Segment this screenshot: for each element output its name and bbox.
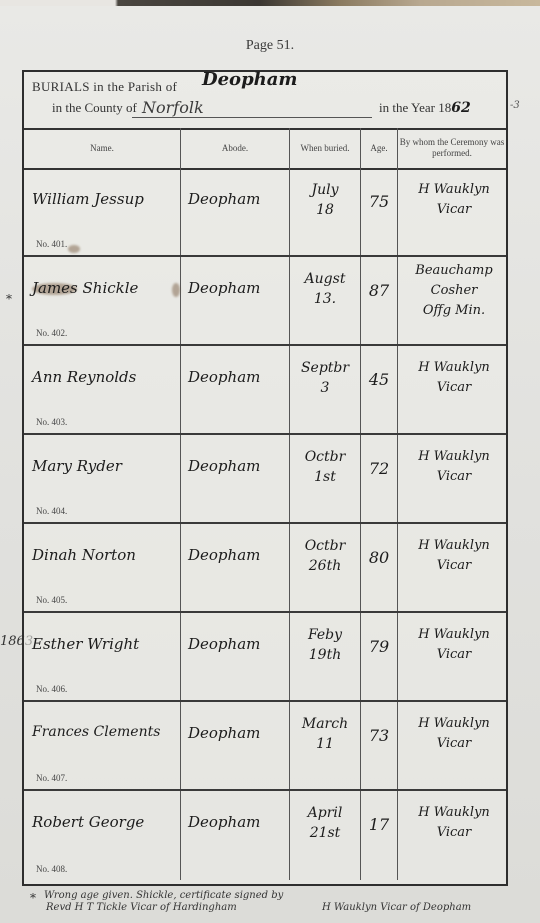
year-value: 62 xyxy=(451,100,470,116)
when-day: 19th xyxy=(290,645,360,665)
header-age: Age. xyxy=(360,128,397,168)
when-month: July xyxy=(290,180,360,200)
entry-name: Frances Clements xyxy=(32,724,160,740)
officiant-name: H Wauklyn xyxy=(400,447,508,467)
entry-officiant: H WauklynVicar xyxy=(400,714,508,754)
entry-age: 72 xyxy=(361,459,397,478)
entry-when-buried: Augst13. xyxy=(290,269,360,309)
entry-name: Mary Ryder xyxy=(32,457,122,475)
officiant-title: Vicar xyxy=(400,467,508,487)
table-row: Frances Clements Deopham March11 73 H Wa… xyxy=(24,702,506,791)
register-page: Page 51. * 1863 BURIALS in the Parish of… xyxy=(0,6,540,923)
column-headers: Name. Abode. When buried. Age. By whom t… xyxy=(24,128,506,170)
entry-age: 75 xyxy=(361,192,397,211)
when-day: 11 xyxy=(290,734,360,754)
entry-abode: Deopham xyxy=(188,724,260,742)
when-month: March xyxy=(290,714,360,734)
header-by-whom: By whom the Ceremony was performed. xyxy=(397,128,506,168)
entry-abode: Deopham xyxy=(188,457,260,475)
entry-when-buried: Septbr3 xyxy=(290,358,360,398)
officiant-name: H Wauklyn xyxy=(400,803,508,823)
ink-stain xyxy=(68,245,80,253)
year-label: in the Year 18 xyxy=(379,100,451,115)
entry-officiant: H WauklynVicar xyxy=(400,536,508,576)
entry-name: Robert George xyxy=(32,813,144,831)
officiant-name: H Wauklyn xyxy=(400,625,508,645)
officiant-name: H Wauklyn xyxy=(400,180,508,200)
officiant-title: Vicar xyxy=(400,556,508,576)
officiant-title: Vicar xyxy=(400,378,508,398)
officiant-title: Vicar xyxy=(400,734,508,754)
page-number: Page 51. xyxy=(0,38,540,54)
table-row: Dinah Norton Deopham Octbr26th 80 H Wauk… xyxy=(24,524,506,613)
officiant-title: Vicar xyxy=(400,823,508,843)
title-county-label: in the County of xyxy=(52,100,137,116)
entry-number: No. 406. xyxy=(36,684,67,694)
entry-age: 45 xyxy=(361,370,397,389)
officiant-name: H Wauklyn xyxy=(400,358,508,378)
entry-abode: Deopham xyxy=(188,546,260,564)
entry-abode: Deopham xyxy=(188,368,260,386)
entry-age: 87 xyxy=(361,281,397,300)
entry-name: James Shickle xyxy=(32,279,138,297)
when-month: Feby xyxy=(290,625,360,645)
entry-age: 73 xyxy=(361,726,397,745)
header-abode: Abode. xyxy=(180,128,289,168)
entry-officiant: H WauklynVicar xyxy=(400,447,508,487)
title-parish-label: BURIALS in the Parish of xyxy=(32,79,177,95)
entry-when-buried: April21st xyxy=(290,803,360,843)
entry-number: No. 407. xyxy=(36,773,67,783)
entry-when-buried: March11 xyxy=(290,714,360,754)
entry-number: No. 403. xyxy=(36,417,67,427)
register-title: BURIALS in the Parish of Deopham in the … xyxy=(24,72,506,130)
entry-when-buried: Octbr1st xyxy=(290,447,360,487)
officiant-surname: Cosher xyxy=(400,281,508,301)
entry-officiant: H WauklynVicar xyxy=(400,358,508,398)
when-day: 13. xyxy=(290,289,360,309)
header-name: Name. xyxy=(24,128,180,168)
entry-officiant: BeauchampCosherOffg Min. xyxy=(400,261,508,321)
title-year: in the Year 1862 xyxy=(379,100,471,116)
county-underline xyxy=(132,117,372,118)
entry-abode: Deopham xyxy=(188,813,260,831)
entry-number: No. 404. xyxy=(36,506,67,516)
when-day: 3 xyxy=(290,378,360,398)
footnote-annotation: * Wrong age given. Shickle, certificate … xyxy=(30,890,535,923)
footnote-asterisk: * xyxy=(30,892,36,904)
officiant-title: Offg Min. xyxy=(400,301,508,321)
entry-name: Esther Wright xyxy=(32,635,139,653)
when-day: 26th xyxy=(290,556,360,576)
burial-register-table: BURIALS in the Parish of Deopham in the … xyxy=(22,70,508,886)
table-row: Esther Wright Deopham Feby19th 79 H Wauk… xyxy=(24,613,506,702)
county-name: Norfolk xyxy=(142,98,204,117)
entry-number: No. 405. xyxy=(36,595,67,605)
entry-number: No. 402. xyxy=(36,328,67,338)
margin-asterisk: * xyxy=(6,292,12,306)
entry-officiant: H WauklynVicar xyxy=(400,803,508,843)
entry-officiant: H WauklynVicar xyxy=(400,180,508,220)
entry-abode: Deopham xyxy=(188,279,260,297)
officiant-title: Vicar xyxy=(400,200,508,220)
table-row: Robert George Deopham April21st 17 H Wau… xyxy=(24,791,506,880)
officiant-name: H Wauklyn xyxy=(400,536,508,556)
when-month: Octbr xyxy=(290,536,360,556)
table-row: Mary Ryder Deopham Octbr1st 72 H Wauklyn… xyxy=(24,435,506,524)
entry-name: Dinah Norton xyxy=(32,546,136,564)
officiant-title: Vicar xyxy=(400,645,508,665)
footnote-line-1: Wrong age given. Shickle, certificate si… xyxy=(44,890,283,902)
entry-abode: Deopham xyxy=(188,190,260,208)
entry-name: Ann Reynolds xyxy=(32,368,136,386)
entry-when-buried: Octbr26th xyxy=(290,536,360,576)
officiant-name: Beauchamp xyxy=(400,261,508,281)
entry-number: No. 408. xyxy=(36,864,67,874)
when-month: Septbr xyxy=(290,358,360,378)
entry-number: No. 401. xyxy=(36,239,67,249)
ink-stain xyxy=(172,283,180,297)
entry-age: 79 xyxy=(361,637,397,656)
when-month: Octbr xyxy=(290,447,360,467)
table-row: Ann Reynolds Deopham Septbr3 45 H Waukly… xyxy=(24,346,506,435)
when-month: April xyxy=(290,803,360,823)
officiant-name: H Wauklyn xyxy=(400,714,508,734)
footnote-line-2: Revd H T Tickle Vicar of Hardingham xyxy=(46,902,237,914)
when-month: Augst xyxy=(290,269,360,289)
parish-name: Deopham xyxy=(202,69,297,90)
year-note: -3 xyxy=(510,100,520,111)
entry-name: William Jessup xyxy=(32,190,144,208)
entries-list: William Jessup Deopham July18 75 H Waukl… xyxy=(24,168,506,880)
when-day: 1st xyxy=(290,467,360,487)
entry-officiant: H WauklynVicar xyxy=(400,625,508,665)
entry-age: 80 xyxy=(361,548,397,567)
entry-when-buried: Feby19th xyxy=(290,625,360,665)
table-row: James Shickle Deopham Augst13. 87 Beauch… xyxy=(24,257,506,346)
entry-age: 17 xyxy=(361,815,397,834)
entry-abode: Deopham xyxy=(188,635,260,653)
when-day: 18 xyxy=(290,200,360,220)
when-day: 21st xyxy=(290,823,360,843)
header-when-buried: When buried. xyxy=(289,128,360,168)
table-row: William Jessup Deopham July18 75 H Waukl… xyxy=(24,168,506,257)
footnote-signature: H Wauklyn Vicar of Deopham xyxy=(322,902,471,914)
entry-when-buried: July18 xyxy=(290,180,360,220)
